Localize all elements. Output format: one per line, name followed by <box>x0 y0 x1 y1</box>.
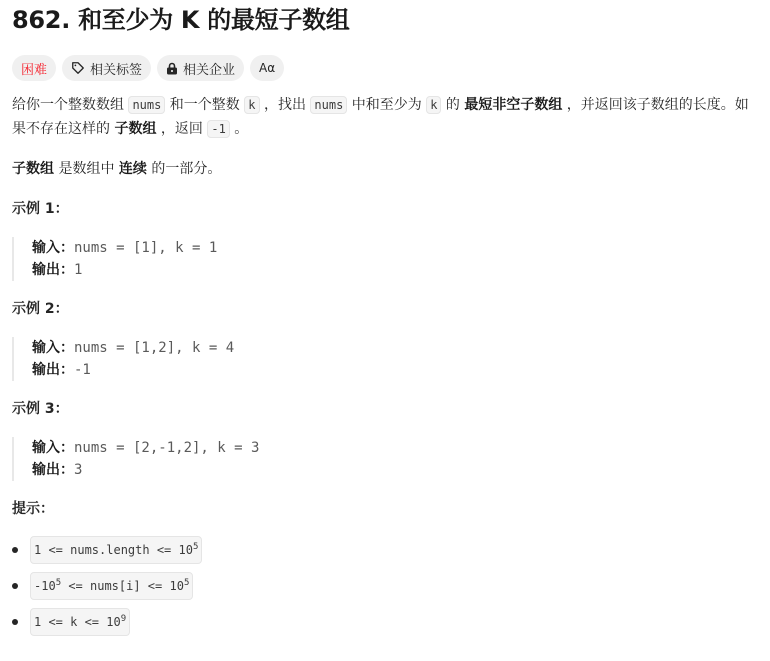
input-label: 输入： <box>32 240 74 256</box>
problem-title: 862. 和至少为 K 的最短子数组 <box>12 0 758 35</box>
constraint-item: 1 <= k <= 109 <box>12 609 758 635</box>
description-paragraph: 子数组 是数组中 连续 的一部分。 <box>12 157 758 181</box>
input-label: 输入： <box>32 440 74 456</box>
output-value: 1 <box>74 262 82 278</box>
lock-icon <box>166 62 178 75</box>
inline-code: k <box>426 96 441 114</box>
translate-icon: Aα <box>259 61 275 75</box>
output-value: 3 <box>74 462 82 478</box>
input-value: nums = [2,-1,2], k = 3 <box>74 440 259 456</box>
description-paragraph: 给你一个整数数组 nums 和一个整数 k ，找出 nums 中和至少为 k 的… <box>12 93 758 141</box>
related-companies-button[interactable]: 相关企业 <box>157 55 244 81</box>
bullet-icon <box>12 583 18 589</box>
output-value: -1 <box>74 362 91 378</box>
constraint-code: 1 <= nums.length <= 105 <box>30 536 202 564</box>
emphasis: 最短非空子数组 <box>464 97 562 113</box>
emphasis: 子数组 <box>114 121 156 137</box>
difficulty-label: 困难 <box>21 59 47 78</box>
translate-button[interactable]: Aα <box>250 55 284 81</box>
output-label: 输出： <box>32 362 74 378</box>
related-companies-label: 相关企业 <box>183 59 235 78</box>
constraint-item: 1 <= nums.length <= 105 <box>12 537 758 563</box>
inline-code: nums <box>128 96 165 114</box>
emphasis: 连续 <box>119 161 147 177</box>
tag-bar: 困难 相关标签 相关企业 Aα <box>12 55 758 81</box>
constraints-list: 1 <= nums.length <= 105 -105 <= nums[i] … <box>12 537 758 635</box>
constraint-code: -105 <= nums[i] <= 105 <box>30 572 193 600</box>
problem-description: 给你一个整数数组 nums 和一个整数 k ，找出 nums 中和至少为 k 的… <box>12 93 758 635</box>
problem-page: 862. 和至少为 K 的最短子数组 困难 相关标签 相关企业 Aα 给你一个整… <box>0 0 770 635</box>
tag-icon <box>71 61 85 75</box>
input-value: nums = [1], k = 1 <box>74 240 217 256</box>
constraint-item: -105 <= nums[i] <= 105 <box>12 573 758 599</box>
output-label: 输出： <box>32 262 74 278</box>
related-tags-label: 相关标签 <box>90 59 142 78</box>
input-value: nums = [1,2], k = 4 <box>74 340 234 356</box>
inline-code: k <box>244 96 259 114</box>
output-label: 输出： <box>32 462 74 478</box>
example-1-block: 输入：nums = [1], k = 1 输出：1 <box>12 237 758 281</box>
inline-code: nums <box>310 96 347 114</box>
emphasis: 子数组 <box>12 161 54 177</box>
example-2-title: 示例 2： <box>12 297 758 321</box>
inline-code: -1 <box>207 120 229 138</box>
related-tags-button[interactable]: 相关标签 <box>62 55 151 81</box>
example-3-title: 示例 3： <box>12 397 758 421</box>
example-2-block: 输入：nums = [1,2], k = 4 输出：-1 <box>12 337 758 381</box>
difficulty-badge: 困难 <box>12 55 56 81</box>
example-3-block: 输入：nums = [2,-1,2], k = 3 输出：3 <box>12 437 758 481</box>
input-label: 输入： <box>32 340 74 356</box>
example-1-title: 示例 1： <box>12 197 758 221</box>
bullet-icon <box>12 619 18 625</box>
bullet-icon <box>12 547 18 553</box>
hints-title: 提示： <box>12 497 758 521</box>
constraint-code: 1 <= k <= 109 <box>30 608 130 636</box>
